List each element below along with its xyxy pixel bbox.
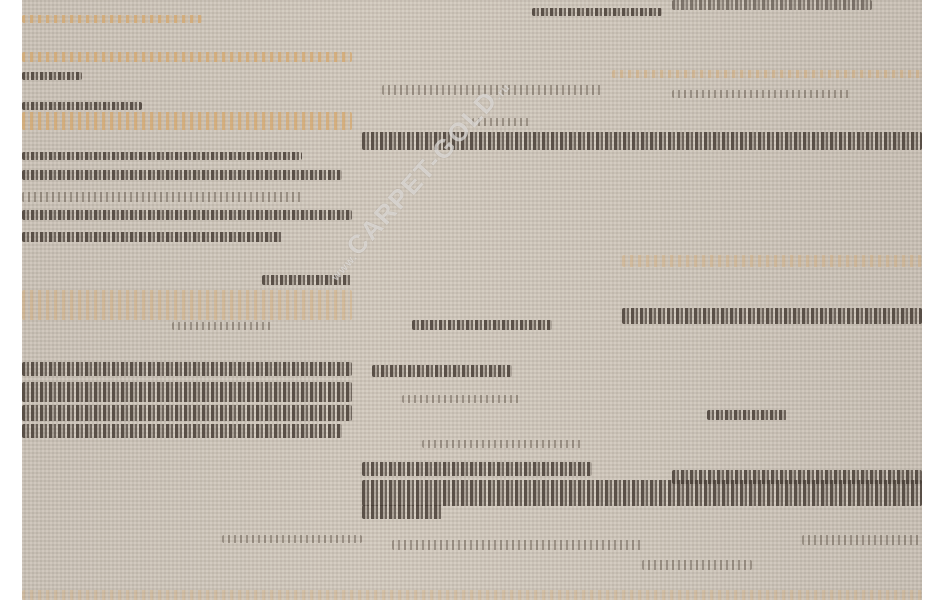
carpet-streak bbox=[672, 0, 872, 10]
carpet-streak bbox=[22, 170, 342, 180]
carpet-streak bbox=[22, 362, 352, 376]
carpet-streak bbox=[372, 365, 512, 377]
carpet-streak bbox=[222, 535, 362, 543]
carpet-streak bbox=[22, 590, 922, 600]
carpet-streak bbox=[22, 112, 352, 130]
carpet-streak bbox=[362, 462, 592, 476]
carpet-streak bbox=[22, 210, 352, 220]
carpet-streak bbox=[22, 102, 142, 110]
carpet-photo bbox=[22, 0, 922, 600]
carpet-streak bbox=[402, 395, 522, 403]
carpet-streak bbox=[412, 320, 552, 330]
carpet-streak bbox=[22, 15, 202, 23]
carpet-streak bbox=[392, 540, 642, 550]
carpet-streak bbox=[22, 405, 352, 421]
carpet-streak bbox=[362, 480, 922, 506]
carpet-streak bbox=[172, 322, 272, 330]
carpet-streak bbox=[22, 232, 282, 242]
carpet-streak bbox=[622, 308, 922, 324]
carpet-streak bbox=[22, 192, 302, 202]
carpet-streak bbox=[707, 410, 787, 420]
carpet-streak bbox=[22, 424, 342, 438]
carpet-streak bbox=[672, 90, 852, 98]
carpet-streak bbox=[422, 440, 582, 448]
carpet-streak bbox=[642, 560, 752, 570]
carpet-streak bbox=[22, 152, 302, 160]
carpet-streak bbox=[532, 8, 662, 16]
carpet-streak bbox=[612, 70, 922, 78]
carpet-streak bbox=[22, 72, 82, 80]
carpet-streak bbox=[362, 505, 442, 519]
carpet-streak bbox=[22, 290, 352, 320]
carpet-streak bbox=[802, 535, 922, 545]
carpet-streak bbox=[622, 255, 922, 267]
carpet-streak bbox=[22, 52, 352, 62]
carpet-streak bbox=[22, 382, 352, 402]
